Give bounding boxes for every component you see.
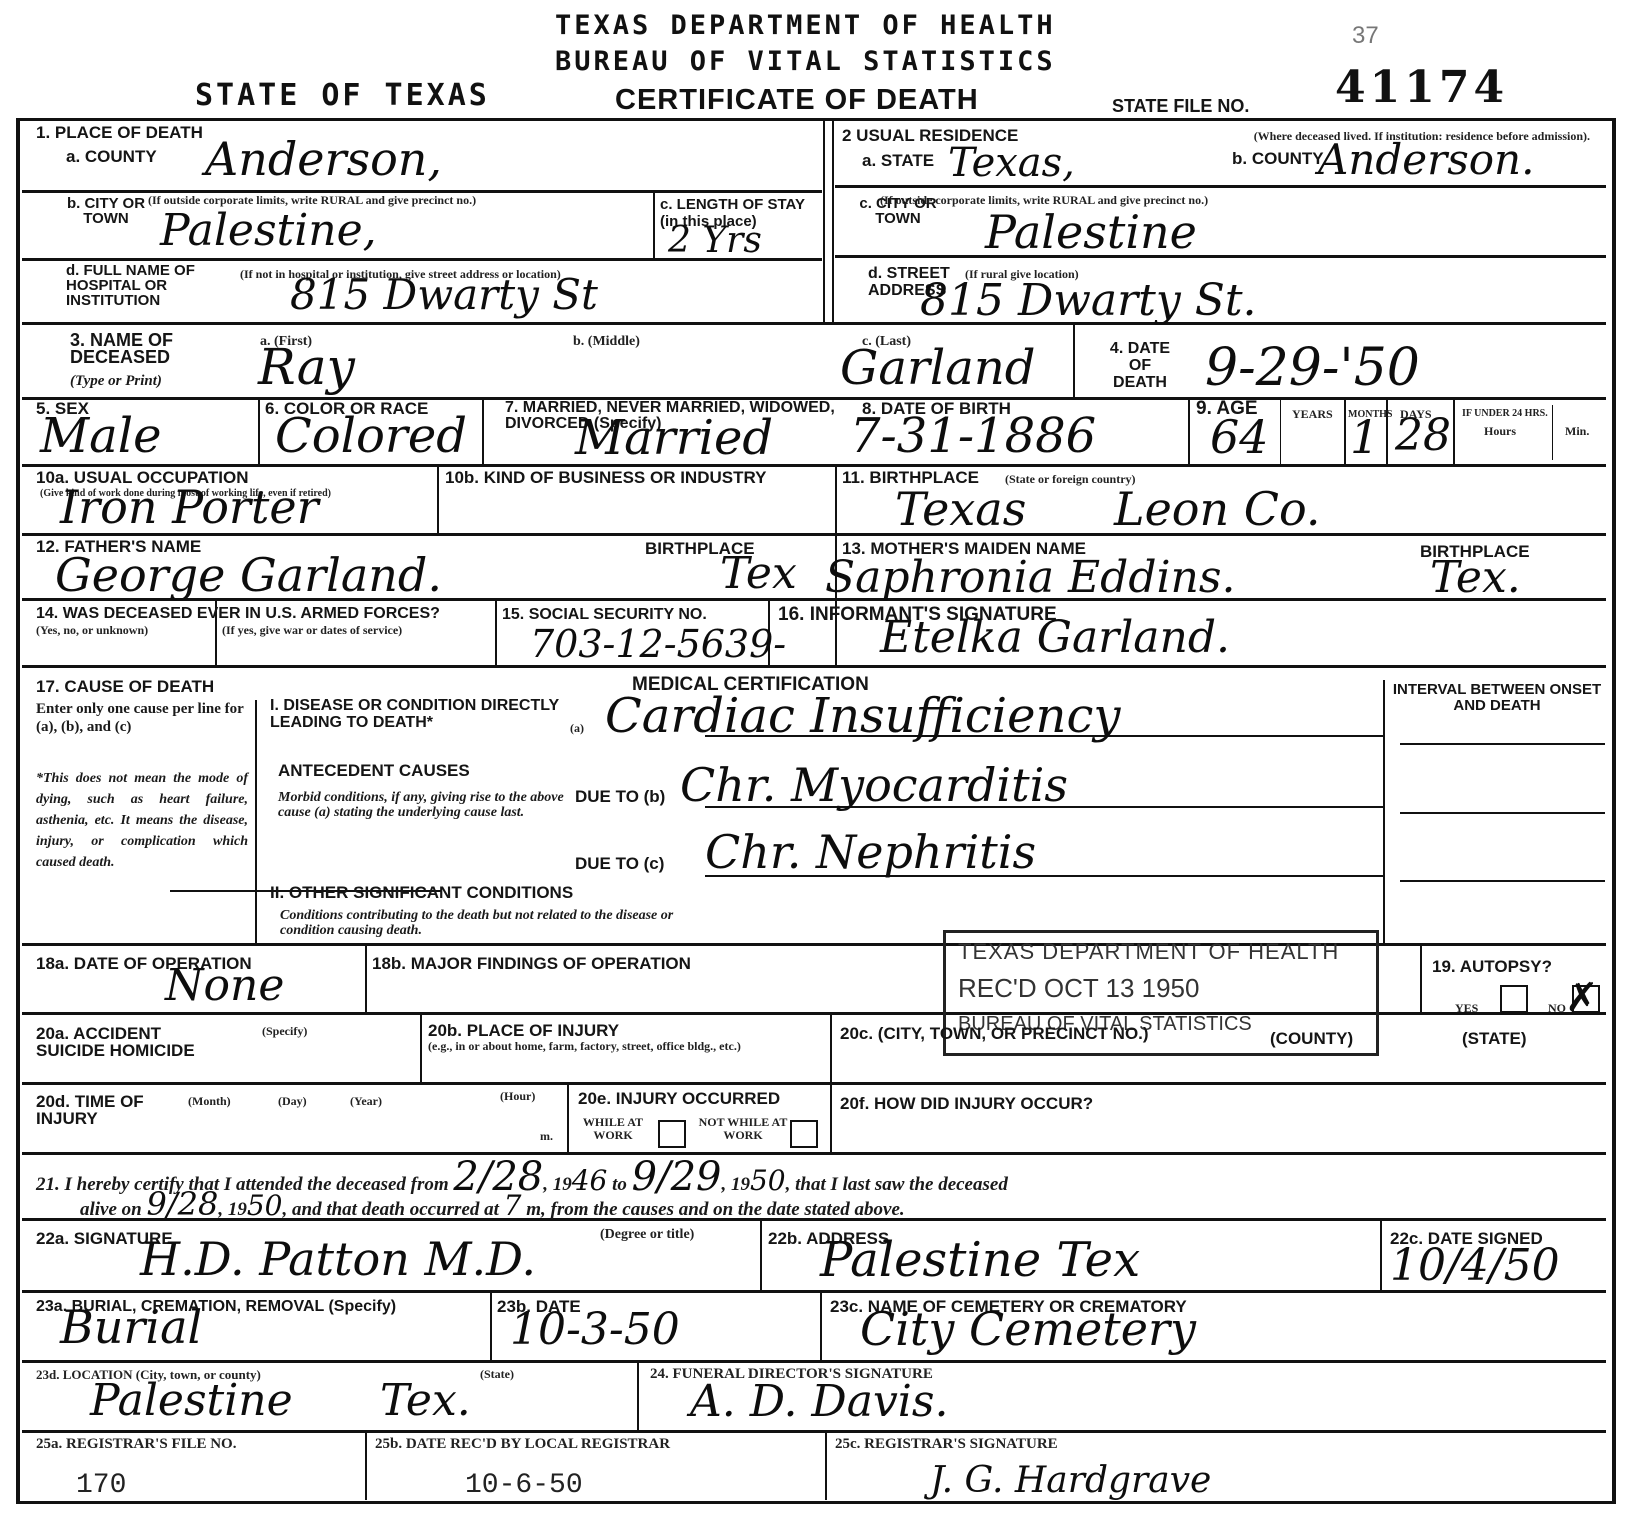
min-label: Min. bbox=[1565, 425, 1589, 438]
last-seen-year[interactable]: 50 bbox=[247, 1189, 283, 1222]
burial-date-value[interactable]: 10-3-50 bbox=[510, 1304, 680, 1355]
ssn-value[interactable]: 703-12-5639- bbox=[530, 622, 786, 666]
attended-from-date[interactable]: 2/28 bbox=[453, 1154, 543, 1200]
cause-a-value[interactable]: Cardiac Insufficiency bbox=[605, 688, 1120, 744]
certificate-title: CERTIFICATE OF DEATH bbox=[615, 84, 979, 117]
dept-line-1: TEXAS DEPARTMENT OF HEALTH bbox=[555, 10, 1056, 41]
registrar-signature[interactable]: J. G. Hardgrave bbox=[930, 1460, 1211, 1501]
corner-mark: 37 bbox=[1352, 22, 1379, 50]
armed-forces-label: 14. WAS DECEASED EVER IN U.S. ARMED FORC… bbox=[36, 605, 440, 622]
cause-footnote: *This does not mean the mode of dying, s… bbox=[36, 768, 248, 873]
hospital-label: d. FULL NAME OF HOSPITAL OR INSTITUTION bbox=[66, 263, 236, 308]
file-no-label: STATE FILE NO. bbox=[1112, 98, 1249, 115]
res-county-label: b. COUNTY bbox=[1232, 150, 1324, 167]
certify-line-2: alive on 9/28, 1950, and that death occu… bbox=[80, 1195, 1580, 1219]
autopsy-yes-label: YES bbox=[1455, 1002, 1478, 1015]
registrar-signature-label: 25c. REGISTRAR'S SIGNATURE bbox=[835, 1438, 1058, 1451]
autopsy-no-label: NO bbox=[1548, 1002, 1566, 1015]
injury-occurred-label: 20e. INJURY OCCURRED bbox=[578, 1090, 780, 1107]
injury-time-label: 20d. TIME OF INJURY bbox=[36, 1093, 146, 1127]
hours-label: Hours bbox=[1484, 425, 1516, 438]
cause-c-value[interactable]: Chr. Nephritis bbox=[705, 825, 1036, 879]
cause-c-label: DUE TO (c) bbox=[575, 855, 664, 872]
state-heading: STATE OF TEXAS bbox=[195, 78, 490, 113]
armed-hint-1: (Yes, no, or unknown) bbox=[36, 624, 148, 637]
local-registrar-date-label: 25b. DATE REC'D BY LOCAL REGISTRAR bbox=[375, 1438, 670, 1451]
physician-signature[interactable]: H.D. Patton M.D. bbox=[140, 1232, 536, 1286]
cause-of-death-label: 17. CAUSE OF DEATH bbox=[36, 678, 214, 695]
attended-to-year[interactable]: 50 bbox=[750, 1164, 786, 1197]
occupation-value[interactable]: Iron Porter bbox=[60, 480, 319, 534]
race-value[interactable]: Colored bbox=[275, 408, 467, 464]
res-street-value[interactable]: 815 Dwarty St. bbox=[920, 275, 1257, 326]
degree-label: (Degree or title) bbox=[600, 1228, 694, 1241]
while-at-work-checkbox[interactable] bbox=[658, 1120, 686, 1148]
cause-a-label: (a) bbox=[570, 722, 584, 735]
date-of-death-value[interactable]: 9-29-'50 bbox=[1205, 338, 1420, 398]
injury-city-label: 20c. (CITY, TOWN, OR PRECINCT NO.) bbox=[840, 1025, 1149, 1042]
file-no: 41174 bbox=[1335, 62, 1508, 113]
father-birthplace-value[interactable]: Tex bbox=[720, 548, 797, 599]
pod-city-label: b. CITY OR TOWN bbox=[66, 196, 146, 226]
injury-place-label: 20b. PLACE OF INJURY bbox=[428, 1022, 619, 1039]
ssn-label: 15. SOCIAL SECURITY NO. bbox=[502, 606, 707, 623]
hospital-value[interactable]: 815 Dwarty St bbox=[290, 270, 598, 319]
op-findings-label: 18b. MAJOR FINDINGS OF OPERATION bbox=[372, 955, 691, 972]
injury-month: (Month) bbox=[188, 1095, 231, 1108]
autopsy-label: 19. AUTOPSY? bbox=[1432, 958, 1552, 975]
armed-hint-2: (If yes, give war or dates of service) bbox=[222, 624, 402, 637]
father-value[interactable]: George Garland. bbox=[55, 548, 442, 602]
injury-year: (Year) bbox=[350, 1095, 382, 1108]
res-county-value[interactable]: Anderson. bbox=[1318, 135, 1534, 184]
injury-type-label: 20a. ACCIDENT SUICIDE HOMICIDE bbox=[36, 1025, 206, 1059]
autopsy-no-mark: ✗ bbox=[1565, 975, 1599, 1021]
sex-value[interactable]: Male bbox=[40, 408, 162, 464]
interval-label: INTERVAL BETWEEN ONSET AND DEATH bbox=[1392, 682, 1602, 714]
local-registrar-date-value[interactable]: 10-6-50 bbox=[465, 1470, 583, 1501]
injury-specify: (Specify) bbox=[262, 1025, 307, 1038]
while-at-work-label: WHILE AT WORK bbox=[578, 1116, 648, 1142]
other-conditions-hint: Conditions contributing to the death but… bbox=[280, 908, 680, 938]
under-24-label: IF UNDER 24 HRS. bbox=[1462, 407, 1548, 420]
how-injury-label: 20f. HOW DID INJURY OCCUR? bbox=[840, 1095, 1093, 1112]
stamp-line-1: TEXAS DEPARTMENT OF HEALTH bbox=[958, 939, 1339, 965]
pod-county-label: a. COUNTY bbox=[66, 148, 157, 165]
dob-value[interactable]: 7-31-1886 bbox=[850, 408, 1096, 464]
first-name-value[interactable]: Ray bbox=[258, 338, 355, 396]
other-conditions-label: II. OTHER SIGNIFICANT CONDITIONS bbox=[270, 884, 573, 901]
res-state-label: a. STATE bbox=[862, 152, 934, 169]
days-value[interactable]: 28 bbox=[1395, 410, 1451, 461]
burial-method-value[interactable]: Burial bbox=[60, 1300, 202, 1354]
cause-b-label: DUE TO (b) bbox=[575, 788, 665, 805]
injury-hour: (Hour) bbox=[500, 1090, 535, 1103]
injury-place-hint: (e.g., in or about home, farm, factory, … bbox=[428, 1040, 788, 1053]
cause-hint: Enter only one cause per line for (a), (… bbox=[36, 700, 246, 736]
years-label: YEARS bbox=[1292, 408, 1333, 421]
address-value[interactable]: Palestine Tex bbox=[820, 1232, 1140, 1288]
res-state-value[interactable]: Texas, bbox=[948, 140, 1075, 186]
burial-location-value[interactable]: Palestine bbox=[90, 1375, 293, 1426]
res-city-value[interactable]: Palestine bbox=[985, 205, 1197, 259]
part-1-label: I. DISEASE OR CONDITION DIRECTLY LEADING… bbox=[270, 697, 570, 731]
antecedent-label: ANTECEDENT CAUSES bbox=[278, 762, 470, 779]
cause-b-value[interactable]: Chr. Myocarditis bbox=[680, 758, 1068, 812]
injury-county-label: (COUNTY) bbox=[1270, 1030, 1353, 1047]
marital-value[interactable]: Married bbox=[575, 410, 773, 466]
burial-location-state-label: (State) bbox=[480, 1368, 514, 1381]
death-time[interactable]: 7 bbox=[504, 1189, 522, 1222]
registrar-file-value[interactable]: 170 bbox=[76, 1470, 126, 1501]
date-of-death-label: 4. DATE OF DEATH bbox=[1100, 340, 1180, 391]
last-name-value[interactable]: Garland bbox=[840, 340, 1036, 396]
name-of-deceased-label: 3. NAME OF DECEASED bbox=[70, 332, 210, 366]
middle-name-label: b. (Middle) bbox=[573, 335, 640, 348]
injury-day: (Day) bbox=[278, 1095, 307, 1108]
autopsy-yes-checkbox[interactable] bbox=[1500, 985, 1528, 1013]
stamp-line-2: REC'D OCT 13 1950 bbox=[958, 973, 1199, 1004]
antecedent-hint: Morbid conditions, if any, giving rise t… bbox=[278, 790, 568, 820]
date-signed-value[interactable]: 10/4/50 bbox=[1390, 1240, 1560, 1291]
op-date-value[interactable]: None bbox=[165, 960, 284, 1011]
mother-birthplace-value[interactable]: Tex. bbox=[1430, 552, 1521, 603]
registrar-file-label: 25a. REGISTRAR'S FILE NO. bbox=[36, 1438, 236, 1451]
injury-state-label: (STATE) bbox=[1462, 1030, 1527, 1047]
length-of-stay-value[interactable]: 2 Yrs bbox=[668, 220, 762, 261]
mother-value[interactable]: Saphronia Eddins. bbox=[825, 552, 1235, 603]
place-of-death-label: 1. PLACE OF DEATH bbox=[36, 124, 203, 141]
months-value[interactable]: 1 bbox=[1350, 410, 1379, 464]
pod-county-value[interactable]: Anderson, bbox=[205, 132, 442, 186]
not-while-at-work-label: NOT WHILE AT WORK bbox=[698, 1116, 788, 1142]
dept-line-2: BUREAU OF VITAL STATISTICS bbox=[555, 46, 1056, 77]
informant-value[interactable]: Etelka Garland. bbox=[880, 612, 1230, 663]
business-label: 10b. KIND OF BUSINESS OR INDUSTRY bbox=[445, 469, 766, 486]
injury-m: m. bbox=[540, 1130, 553, 1143]
funeral-director-signature[interactable]: A. D. Davis. bbox=[690, 1376, 948, 1427]
burial-location-state-value[interactable]: Tex. bbox=[380, 1375, 471, 1426]
name-hint: (Type or Print) bbox=[70, 372, 162, 390]
cemetery-value[interactable]: City Cemetery bbox=[860, 1302, 1196, 1356]
attended-to-date[interactable]: 9/29 bbox=[632, 1154, 722, 1200]
birthplace-value[interactable]: Texas Leon Co. bbox=[895, 482, 1320, 536]
years-value[interactable]: 64 bbox=[1210, 410, 1269, 464]
pod-city-value[interactable]: Palestine, bbox=[160, 205, 377, 256]
attended-from-year[interactable]: 46 bbox=[572, 1164, 608, 1197]
not-while-at-work-checkbox[interactable] bbox=[790, 1120, 818, 1148]
last-seen-date[interactable]: 9/28 bbox=[147, 1185, 219, 1223]
